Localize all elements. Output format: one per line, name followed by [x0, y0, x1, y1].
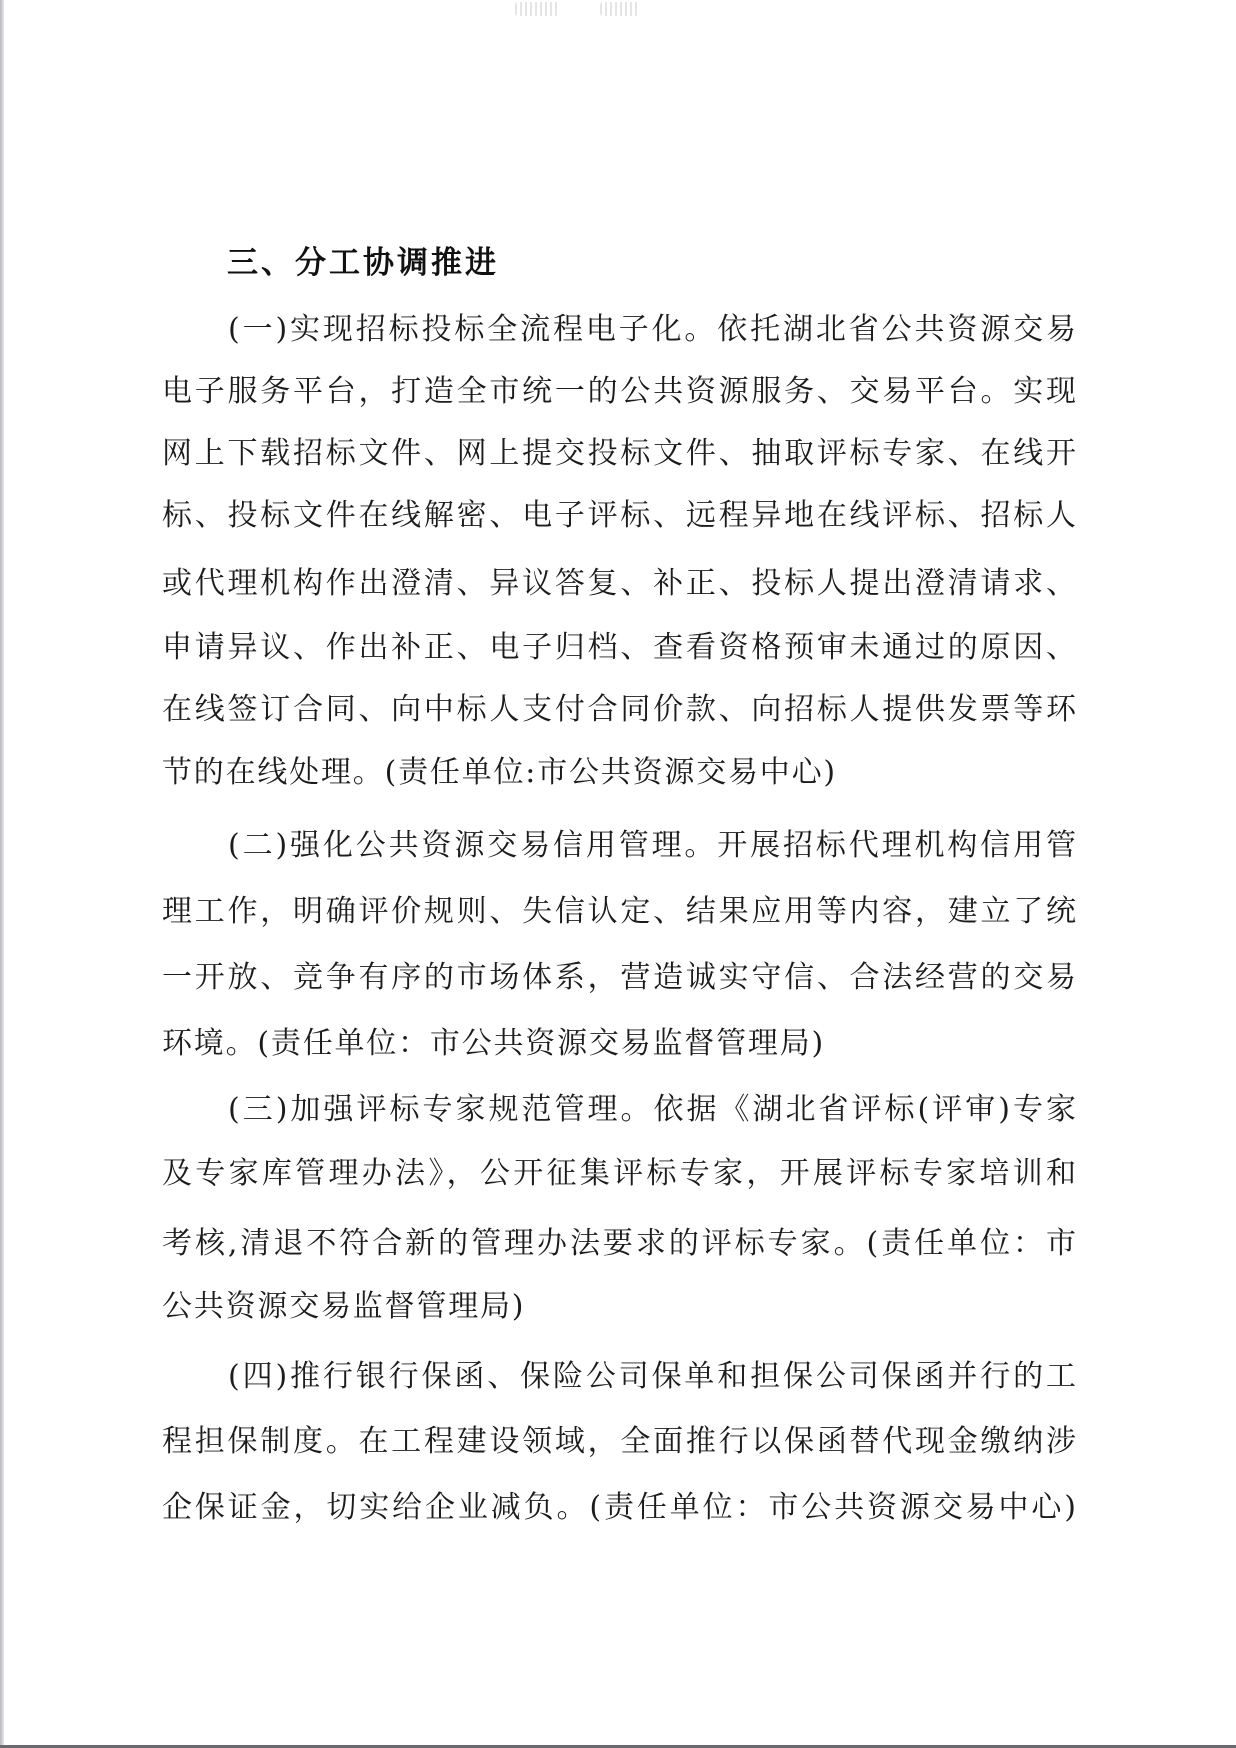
paragraph-line: 理工作，明确评价规则、失信认定、结果应用等内容，建立了统: [162, 890, 1076, 934]
paragraph-line: 网上下载招标文件、网上提交投标文件、抽取评标专家、在线开: [162, 432, 1076, 476]
section-heading: 三、分工协调推进: [227, 242, 499, 284]
paragraph-line: 公共资源交易监督管理局): [162, 1285, 1076, 1329]
paragraph-line: 程担保制度。在工程建设领域，全面推行以保函替代现金缴纳涉: [162, 1420, 1076, 1464]
paragraph-line: 环境。(责任单位：市公共资源交易监督管理局): [162, 1022, 1076, 1066]
paragraph-line: 一开放、竞争有序的市场体系，营造诚实守信、合法经营的交易: [162, 956, 1076, 1000]
paragraph-line: (二)强化公共资源交易信用管理。开展招标代理机构信用管: [228, 824, 1076, 868]
paragraph-line: 考核,清退不符合新的管理办法要求的评标专家。(责任单位：市: [162, 1222, 1076, 1266]
paragraph-line: (四)推行银行保函、保险公司保单和担保公司保函并行的工: [228, 1355, 1076, 1399]
paragraph-line: 企保证金，切实给企业减负。(责任单位：市公共资源交易中心): [162, 1486, 1076, 1530]
paragraph-line: 标、投标文件在线解密、电子评标、远程异地在线评标、招标人: [162, 494, 1076, 538]
paragraph-line: 电子服务平台，打造全市统一的公共资源服务、交易平台。实现: [162, 370, 1076, 414]
paragraph-line: (一)实现招标投标全流程电子化。依托湖北省公共资源交易: [228, 308, 1076, 352]
paragraph-line: (三)加强评标专家规范管理。依据《湖北省评标(评审)专家: [228, 1088, 1076, 1132]
paragraph-line: 节的在线处理。(责任单位:市公共资源交易中心): [162, 751, 1076, 795]
paragraph-line: 在线签订合同、向中标人支付合同价款、向招标人提供发票等环: [162, 688, 1076, 732]
document-page: 三、分工协调推进 (一)实现招标投标全流程电子化。依托湖北省公共资源交易 电子服…: [0, 0, 1236, 1748]
paragraph-line: 申请异议、作出补正、电子归档、查看资格预审未通过的原因、: [162, 626, 1076, 670]
paragraph-line: 及专家库管理办法》，公开征集评标专家，开展评标专家培训和: [162, 1152, 1076, 1196]
paragraph-line: 或代理机构作出澄清、异议答复、补正、投标人提出澄清请求、: [162, 562, 1076, 606]
